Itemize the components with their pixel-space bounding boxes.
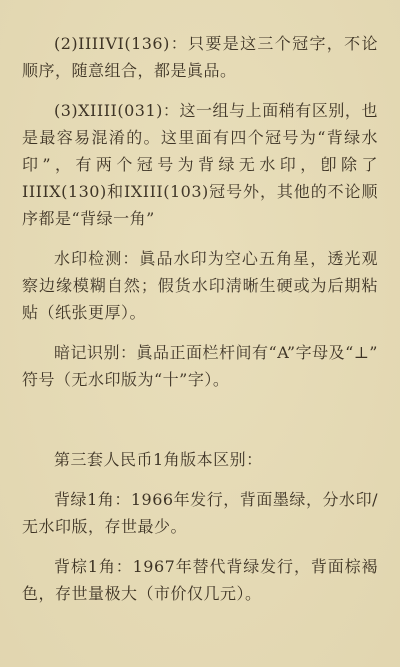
reader-page[interactable]: (2)IIIIVI(136)：只要是这三个冠字，不论顺序，随意组合，都是眞品。 … bbox=[0, 0, 400, 667]
paragraph-green-back-1jiao: 背绿1角：1966年发行，背面墨绿，分水印/无水印版，存世最少。 bbox=[22, 486, 378, 540]
paragraph-watermark-check: 水印检测：眞品水印为空心五角星，透光观察边缘模糊自然；假货水印淸晰生硬或为后期粘… bbox=[22, 245, 378, 326]
paragraph-hidden-mark-check: 暗记识别：眞品正面栏杆间有“A”字母及“⊥”符号（无水印版为“十”字）。 bbox=[22, 339, 378, 393]
section-heading-version-differences: 第三套人民币1角版本区别： bbox=[22, 446, 378, 473]
paragraph-brown-back-1jiao: 背棕1角：1967年替代背绿发行，背面棕褐色，存世量极大（市价仅几元）。 bbox=[22, 553, 378, 607]
paragraph-crown-group-136: (2)IIIIVI(136)：只要是这三个冠字，不论顺序，随意组合，都是眞品。 bbox=[22, 30, 378, 84]
paragraph-crown-group-031: (3)XIIII(031)：这一组与上面稍有区别，也是最容易混淆的。这里面有四个… bbox=[22, 97, 378, 232]
